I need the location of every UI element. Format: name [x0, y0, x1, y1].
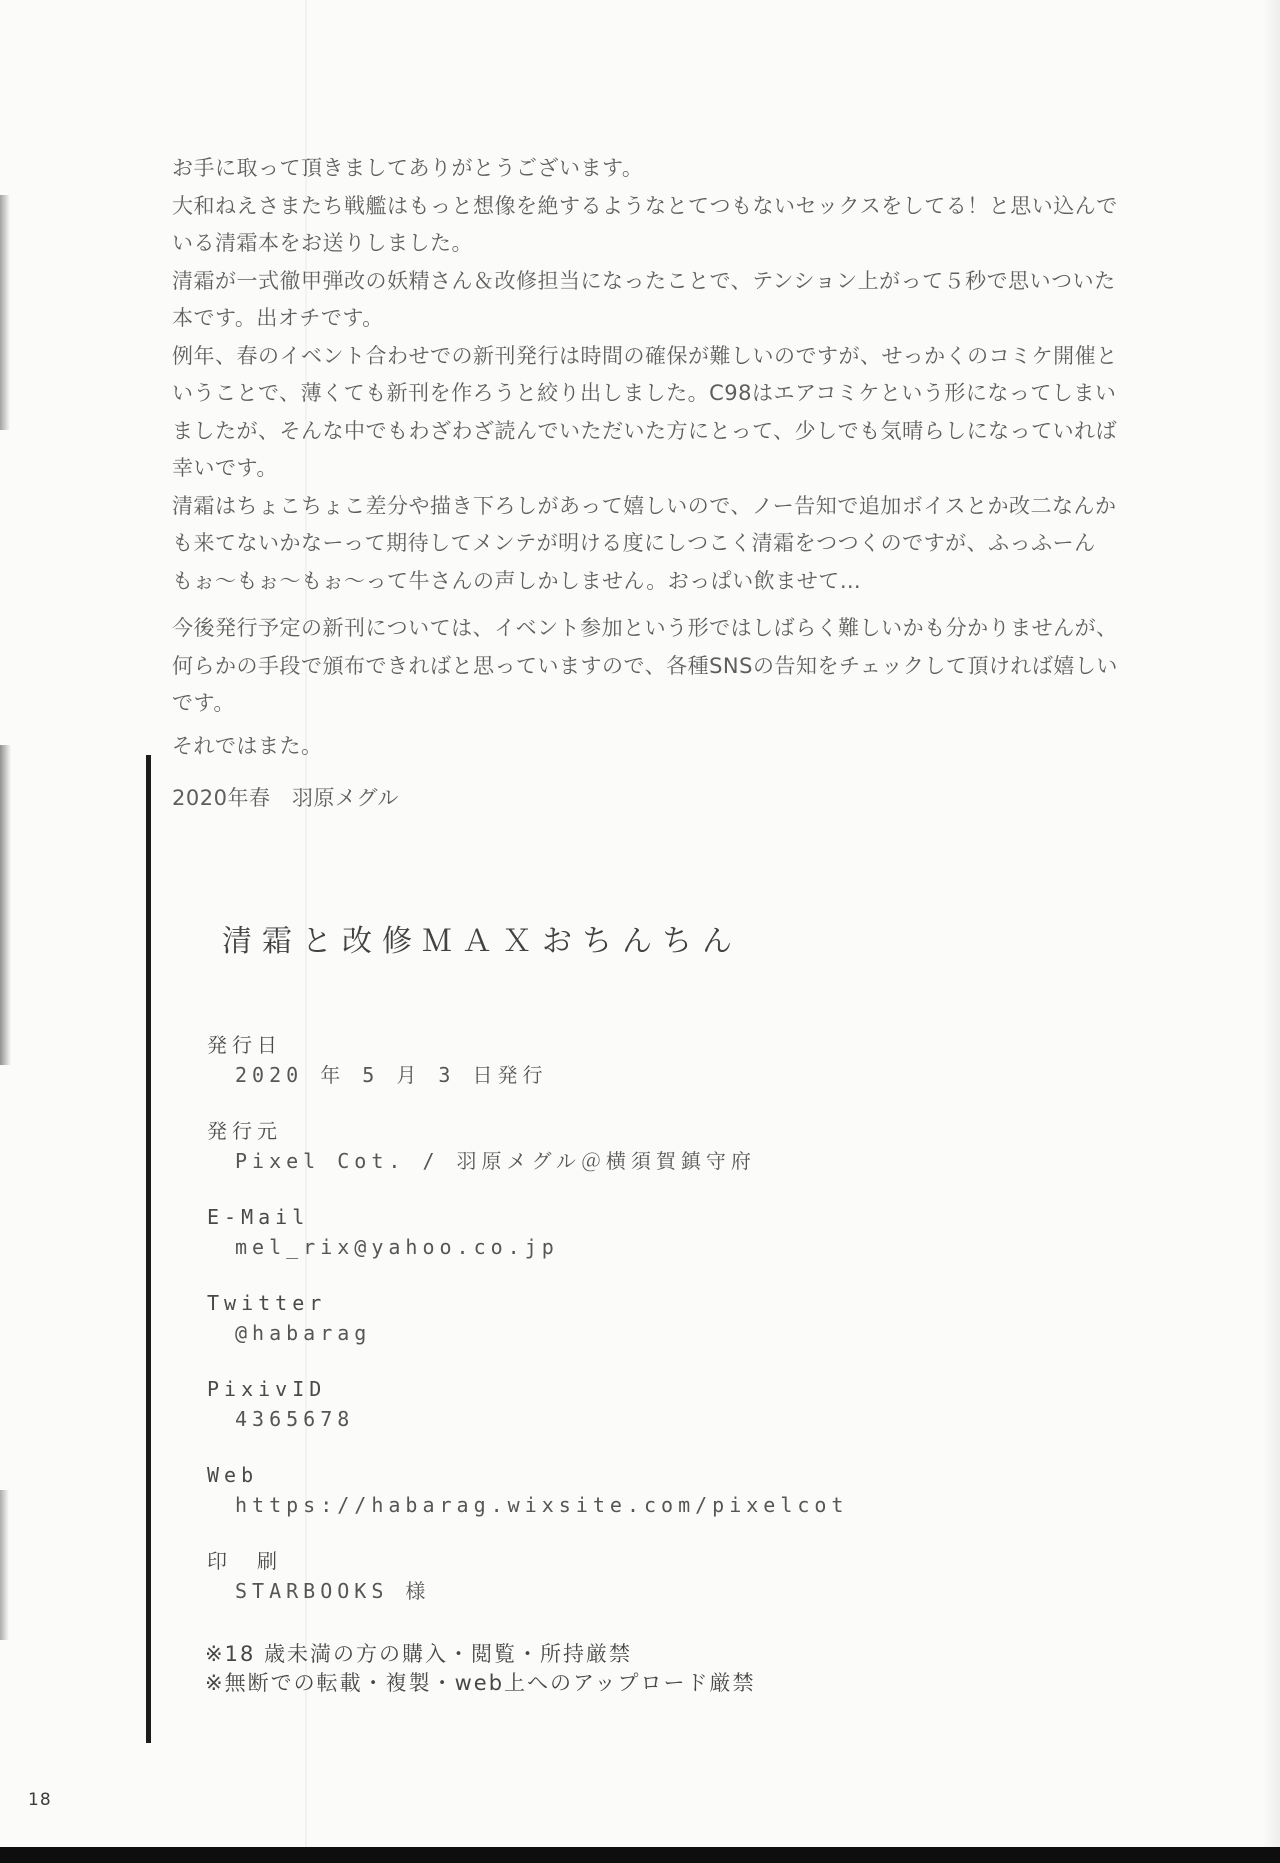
afterword-line: 幸いです。 [172, 450, 1132, 488]
entry-value: STARBOOKS 様 [235, 1576, 1107, 1606]
afterword-line: 清霜はちょこちょこ差分や描き下ろしがあって嬉しいので、ノー告知で追加ボイスとか改… [172, 488, 1132, 526]
entry-label: E-Mail [207, 1202, 1107, 1232]
afterword-line: いる清霜本をお送りしました。 [172, 225, 1132, 263]
scan-edge-shadow [0, 745, 11, 1065]
scan-edge-shadow [0, 195, 10, 430]
afterword-closing: それではまた。 [172, 728, 1132, 766]
colophon-entry-pixiv-id: PixivID 4365678 [207, 1374, 1107, 1434]
afterword-paragraph-3: 今後発行予定の新刊については、イベント参加という形ではしばらく難しいかも分かりま… [172, 610, 1132, 723]
afterword-line: も来てないかなーって期待してメンテが明ける度にしつこく清霜をつつくのですが、ふっ… [172, 525, 1132, 563]
notice-no-reproduction: ※無断での転載・複製・web上へのアップロード厳禁 [205, 1669, 756, 1698]
colophon-entry-twitter: Twitter @habarag [207, 1288, 1107, 1348]
scanned-doujin-afterword-page: お手に取って頂きましてありがとうございます。 大和ねえさまたち戦艦はもっと想像を… [0, 0, 1280, 1863]
afterword-line: 何らかの手段で頒布できればと思っていますので、各種SNSの告知をチェックして頂け… [172, 648, 1132, 686]
colophon-entries: 発行日 2020 年 5 月 3 日発行 発行元 Pixel Cot. / 羽原… [207, 1030, 1107, 1632]
colophon-entry-web: Web https://habarag.wixsite.com/pixelcot [207, 1460, 1107, 1520]
afterword-line: 清霜が一式徹甲弾改の妖精さん＆改修担当になったことで、テンション上がって５秒で思… [172, 263, 1132, 301]
entry-label: 発行元 [207, 1116, 1107, 1146]
scan-bottom-black-strip [0, 1847, 1280, 1863]
entry-label: 発行日 [207, 1030, 1107, 1060]
scan-edge-shadow [0, 1490, 9, 1640]
afterword-line: ましたが、そんな中でもわざわざ読んでいただいた方にとって、少しでも気晴らしになっ… [172, 413, 1132, 451]
afterword-paragraph-2: 清霜はちょこちょこ差分や描き下ろしがあって嬉しいので、ノー告知で追加ボイスとか改… [172, 488, 1132, 601]
entry-label: PixivID [207, 1374, 1107, 1404]
entry-label: Web [207, 1460, 1107, 1490]
colophon-book-title: 清霜と改修ＭＡＸおちんちん [222, 916, 742, 960]
afterword-line: 大和ねえさまたち戦艦はもっと想像を絶するようなとてつもないセックスをしてる！と思… [172, 188, 1132, 226]
colophon-notices: ※18 歳未満の方の購入・閲覧・所持厳禁 ※無断での転載・複製・web上へのアッ… [205, 1640, 756, 1698]
scan-crease-line [305, 0, 307, 1863]
entry-value: 4365678 [235, 1404, 1107, 1434]
afterword-line: もぉ〜もぉ〜もぉ〜って牛さんの声しかしません。おっぱい飲ませて… [172, 563, 1132, 601]
colophon-entry-printer: 印 刷 STARBOOKS 様 [207, 1546, 1107, 1606]
entry-value: https://habarag.wixsite.com/pixelcot [235, 1490, 1107, 1520]
colophon-entry-publisher: 発行元 Pixel Cot. / 羽原メグル＠横須賀鎮守府 [207, 1116, 1107, 1176]
entry-value: Pixel Cot. / 羽原メグル＠横須賀鎮守府 [235, 1146, 1107, 1176]
entry-value: 2020 年 5 月 3 日発行 [235, 1060, 1107, 1090]
colophon-entry-email: E-Mail mel_rix@yahoo.co.jp [207, 1202, 1107, 1262]
afterword-signature: 2020年春 羽原メグル [172, 780, 1132, 818]
colophon-vertical-rule [146, 755, 151, 1743]
afterword-paragraph-1: お手に取って頂きましてありがとうございます。 大和ねえさまたち戦艦はもっと想像を… [172, 150, 1132, 488]
afterword-line: いうことで、薄くても新刊を作ろうと絞り出しました。C98はエアコミケという形にな… [172, 375, 1132, 413]
afterword-line: お手に取って頂きましてありがとうございます。 [172, 150, 1132, 188]
afterword-text: お手に取って頂きましてありがとうございます。 大和ねえさまたち戦艦はもっと想像を… [172, 150, 1132, 818]
entry-value: @habarag [235, 1318, 1107, 1348]
notice-age-restriction: ※18 歳未満の方の購入・閲覧・所持厳禁 [205, 1640, 756, 1669]
entry-label: 印 刷 [207, 1546, 1107, 1576]
scan-right-edge-shade [1262, 0, 1280, 1863]
colophon-entry-publish-date: 発行日 2020 年 5 月 3 日発行 [207, 1030, 1107, 1090]
afterword-line: 本です。出オチです。 [172, 300, 1132, 338]
page-number: 18 [28, 1790, 52, 1810]
afterword-line: 例年、春のイベント合わせでの新刊発行は時間の確保が難しいのですが、せっかくのコミ… [172, 338, 1132, 376]
afterword-line: です。 [172, 685, 1132, 723]
entry-value: mel_rix@yahoo.co.jp [235, 1232, 1107, 1262]
afterword-line: 今後発行予定の新刊については、イベント参加という形ではしばらく難しいかも分かりま… [172, 610, 1132, 648]
entry-label: Twitter [207, 1288, 1107, 1318]
